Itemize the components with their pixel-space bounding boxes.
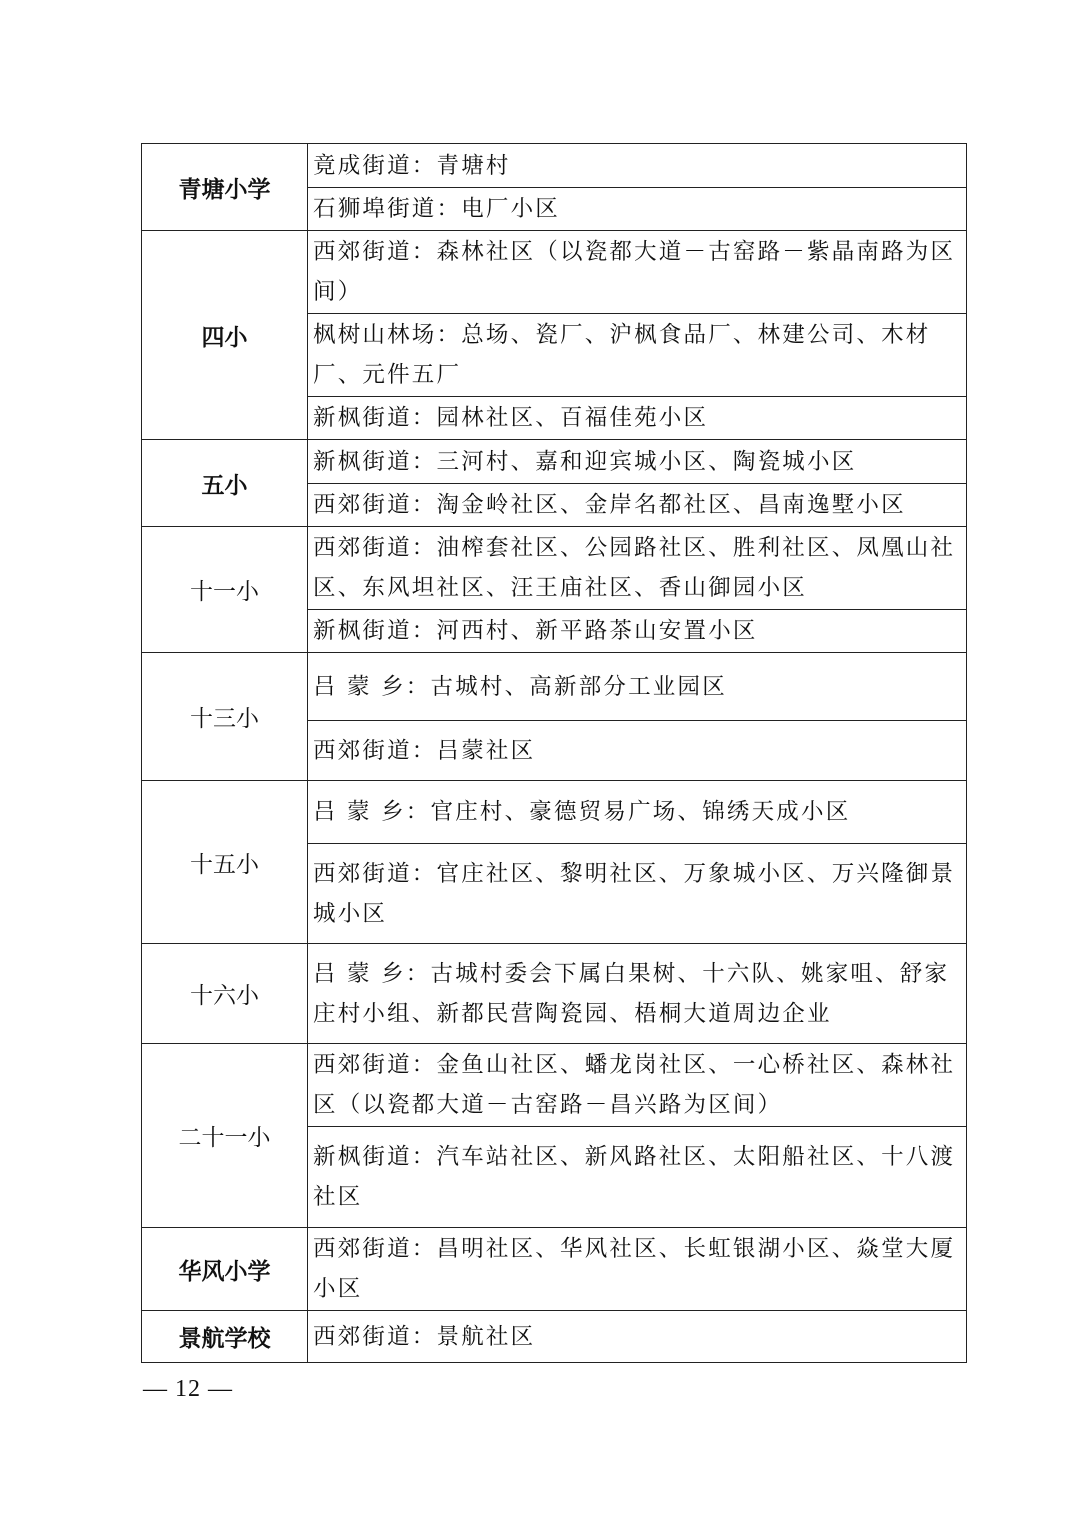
area-cell: 新枫街道：三河村、嘉和迎宾城小区、陶瓷城小区 (308, 440, 967, 484)
area-cell: 枫树山林场：总场、瓷厂、沪枫食品厂、林建公司、木材厂、元件五厂 (308, 314, 967, 397)
school-name: 青塘小学 (142, 144, 308, 231)
area-cell: 吕 蒙 乡：古城村、高新部分工业园区 (308, 653, 967, 721)
school-district-table: 青塘小学 竟成街道：青塘村 石狮埠街道：电厂小区 四小 西郊街道：森林社区（以瓷… (141, 143, 967, 1363)
area-cell: 新枫街道：河西村、新平路茶山安置小区 (308, 610, 967, 653)
table-row: 二十一小 西郊街道：金鱼山社区、蟠龙岗社区、一心桥社区、森林社区（以瓷都大道－古… (142, 1044, 967, 1127)
table-row: 十六小 吕 蒙 乡：古城村委会下属白果树、十六队、姚家咀、舒家庄村小组、新都民营… (142, 944, 967, 1044)
school-name: 十六小 (142, 944, 308, 1044)
area-cell: 西郊街道：官庄社区、黎明社区、万象城小区、万兴隆御景城小区 (308, 844, 967, 944)
page-number: — 12 — (143, 1376, 233, 1403)
table-row: 四小 西郊街道：森林社区（以瓷都大道－古窑路－紫晶南路为区间） (142, 231, 967, 314)
table-row: 十三小 吕 蒙 乡：古城村、高新部分工业园区 (142, 653, 967, 721)
area-cell: 西郊街道：油榨套社区、公园路社区、胜利社区、凤凰山社区、东风坦社区、汪王庙社区、… (308, 527, 967, 610)
area-cell: 西郊街道：昌明社区、华风社区、长虹银湖小区、焱堂大厦小区 (308, 1228, 967, 1311)
school-name: 十三小 (142, 653, 308, 781)
area-cell: 西郊街道：景航社区 (308, 1311, 967, 1363)
school-name: 景航学校 (142, 1311, 308, 1363)
table-row: 华风小学 西郊街道：昌明社区、华风社区、长虹银湖小区、焱堂大厦小区 (142, 1228, 967, 1311)
area-cell: 吕 蒙 乡：古城村委会下属白果树、十六队、姚家咀、舒家庄村小组、新都民营陶瓷园、… (308, 944, 967, 1044)
area-cell: 新枫街道：园林社区、百福佳苑小区 (308, 397, 967, 440)
area-cell: 吕 蒙 乡：官庄村、豪德贸易广场、锦绣天成小区 (308, 781, 967, 844)
area-cell: 西郊街道：森林社区（以瓷都大道－古窑路－紫晶南路为区间） (308, 231, 967, 314)
school-name: 二十一小 (142, 1044, 308, 1228)
table-row: 十五小 吕 蒙 乡：官庄村、豪德贸易广场、锦绣天成小区 (142, 781, 967, 844)
school-name: 华风小学 (142, 1228, 308, 1311)
table-row: 青塘小学 竟成街道：青塘村 (142, 144, 967, 188)
school-name: 十五小 (142, 781, 308, 944)
area-cell: 石狮埠街道：电厂小区 (308, 188, 967, 231)
area-cell: 竟成街道：青塘村 (308, 144, 967, 188)
area-cell: 西郊街道：吕蒙社区 (308, 721, 967, 781)
table-row: 五小 新枫街道：三河村、嘉和迎宾城小区、陶瓷城小区 (142, 440, 967, 484)
table-row: 景航学校 西郊街道：景航社区 (142, 1311, 967, 1363)
school-name: 四小 (142, 231, 308, 440)
area-cell: 新枫街道：汽车站社区、新风路社区、太阳船社区、十八渡社区 (308, 1127, 967, 1228)
area-cell: 西郊街道：金鱼山社区、蟠龙岗社区、一心桥社区、森林社区（以瓷都大道－古窑路－昌兴… (308, 1044, 967, 1127)
area-cell: 西郊街道：淘金岭社区、金岸名都社区、昌南逸墅小区 (308, 484, 967, 527)
school-name: 十一小 (142, 527, 308, 653)
table-row: 十一小 西郊街道：油榨套社区、公园路社区、胜利社区、凤凰山社区、东风坦社区、汪王… (142, 527, 967, 610)
school-name: 五小 (142, 440, 308, 527)
